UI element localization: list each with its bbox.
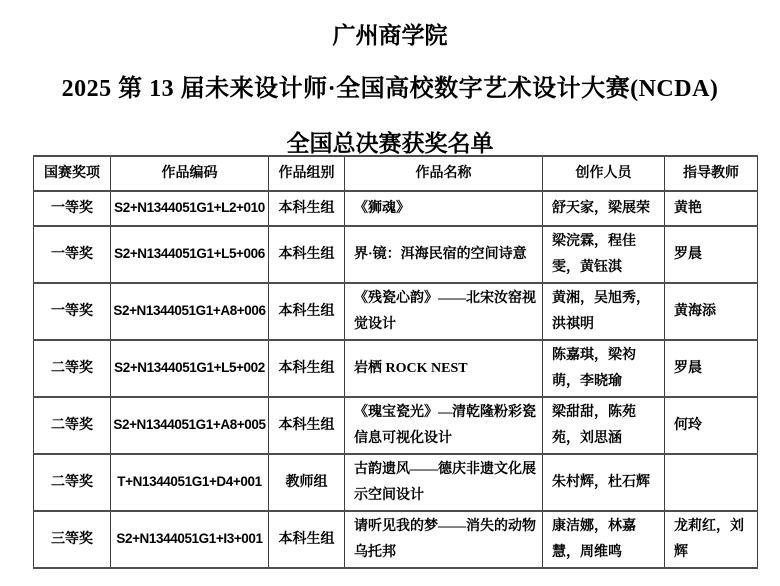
cell-teacher: 黄海添 (665, 283, 758, 340)
table-row: 二等奖 T+N1344051G1+D4+001 教师组 古韵遗风——德庆非遗文化… (34, 454, 758, 511)
cell-title: 《瑰宝瓷光》—清乾隆粉彩瓷信息可视化设计 (345, 397, 543, 454)
cell-teacher: 何玲 (665, 397, 758, 454)
doc-title-competition: 2025 第 13 届未来设计师·全国高校数字艺术设计大赛(NCDA) (0, 68, 780, 103)
cell-creators: 舒天家，梁展荣 (543, 191, 665, 226)
cell-code: S2+N1344051G1+L2+010 (111, 191, 269, 226)
cell-group: 本科生组 (269, 340, 345, 397)
awards-table: 国赛奖项 作品编码 作品组别 作品名称 创作人员 指导教师 一等奖 S2+N13… (33, 155, 758, 569)
table-header-row: 国赛奖项 作品编码 作品组别 作品名称 创作人员 指导教师 (34, 156, 758, 191)
cell-teacher: 罗晨 (665, 226, 758, 283)
table-row: 一等奖 S2+N1344051G1+L2+010 本科生组 《狮魂》 舒天家，梁… (34, 191, 758, 226)
cell-creators: 黄湘，吴旭秀，洪祺明 (543, 283, 665, 340)
cell-code: T+N1344051G1+D4+001 (111, 454, 269, 511)
cell-group: 本科生组 (269, 226, 345, 283)
col-header-title: 作品名称 (345, 156, 543, 191)
cell-title: 请听见我的梦——消失的动物乌托邦 (345, 511, 543, 568)
cell-group: 本科生组 (269, 283, 345, 340)
col-header-teacher: 指导教师 (665, 156, 758, 191)
document-header: 广州商学院 2025 第 13 届未来设计师·全国高校数字艺术设计大赛(NCDA… (0, 0, 780, 158)
cell-group: 本科生组 (269, 397, 345, 454)
cell-code: S2+N1344051G1+A8+005 (111, 397, 269, 454)
cell-teacher: 龙莉红，刘辉 (665, 511, 758, 568)
table-row: 三等奖 S2+N1344051G1+I3+001 本科生组 请听见我的梦——消失… (34, 511, 758, 568)
cell-group: 本科生组 (269, 191, 345, 226)
cell-title: 《残瓷心韵》——北宋汝窑视觉设计 (345, 283, 543, 340)
table-row: 二等奖 S2+N1344051G1+L5+002 本科生组 岩栖 ROCK NE… (34, 340, 758, 397)
cell-creators: 朱村辉，杜石辉 (543, 454, 665, 511)
cell-teacher: 罗晨 (665, 340, 758, 397)
cell-group: 教师组 (269, 454, 345, 511)
cell-teacher: 黄艳 (665, 191, 758, 226)
cell-group: 本科生组 (269, 511, 345, 568)
cell-code: S2+N1344051G1+I3+001 (111, 511, 269, 568)
table-row: 一等奖 S2+N1344051G1+A8+006 本科生组 《残瓷心韵》——北宋… (34, 283, 758, 340)
col-header-creators: 创作人员 (543, 156, 665, 191)
col-header-code: 作品编码 (111, 156, 269, 191)
cell-title: 《狮魂》 (345, 191, 543, 226)
cell-code: S2+N1344051G1+L5+006 (111, 226, 269, 283)
cell-title: 界·镜：洱海民宿的空间诗意 (345, 226, 543, 283)
cell-award: 三等奖 (34, 511, 111, 568)
doc-title-list-name: 全国总决赛获奖名单 (0, 125, 780, 158)
cell-creators: 梁甜甜，陈苑苑，刘思涵 (543, 397, 665, 454)
cell-award: 一等奖 (34, 226, 111, 283)
col-header-group: 作品组别 (269, 156, 345, 191)
cell-award: 二等奖 (34, 454, 111, 511)
table-row: 一等奖 S2+N1344051G1+L5+006 本科生组 界·镜：洱海民宿的空… (34, 226, 758, 283)
cell-award: 二等奖 (34, 340, 111, 397)
col-header-award: 国赛奖项 (34, 156, 111, 191)
cell-title: 岩栖 ROCK NEST (345, 340, 543, 397)
cell-code: S2+N1344051G1+L5+002 (111, 340, 269, 397)
cell-award: 二等奖 (34, 397, 111, 454)
cell-award: 一等奖 (34, 191, 111, 226)
cell-title: 古韵遗风——德庆非遗文化展示空间设计 (345, 454, 543, 511)
cell-creators: 康洁娜，林嘉慧，周维鸣 (543, 511, 665, 568)
cell-creators: 梁浣霖，程佳雯，黄钰淇 (543, 226, 665, 283)
table-row: 二等奖 S2+N1344051G1+A8+005 本科生组 《瑰宝瓷光》—清乾隆… (34, 397, 758, 454)
cell-teacher (665, 454, 758, 511)
cell-code: S2+N1344051G1+A8+006 (111, 283, 269, 340)
cell-creators: 陈嘉琪，梁袀萌，李晓瑜 (543, 340, 665, 397)
doc-title-school: 广州商学院 (0, 0, 780, 50)
cell-award: 一等奖 (34, 283, 111, 340)
